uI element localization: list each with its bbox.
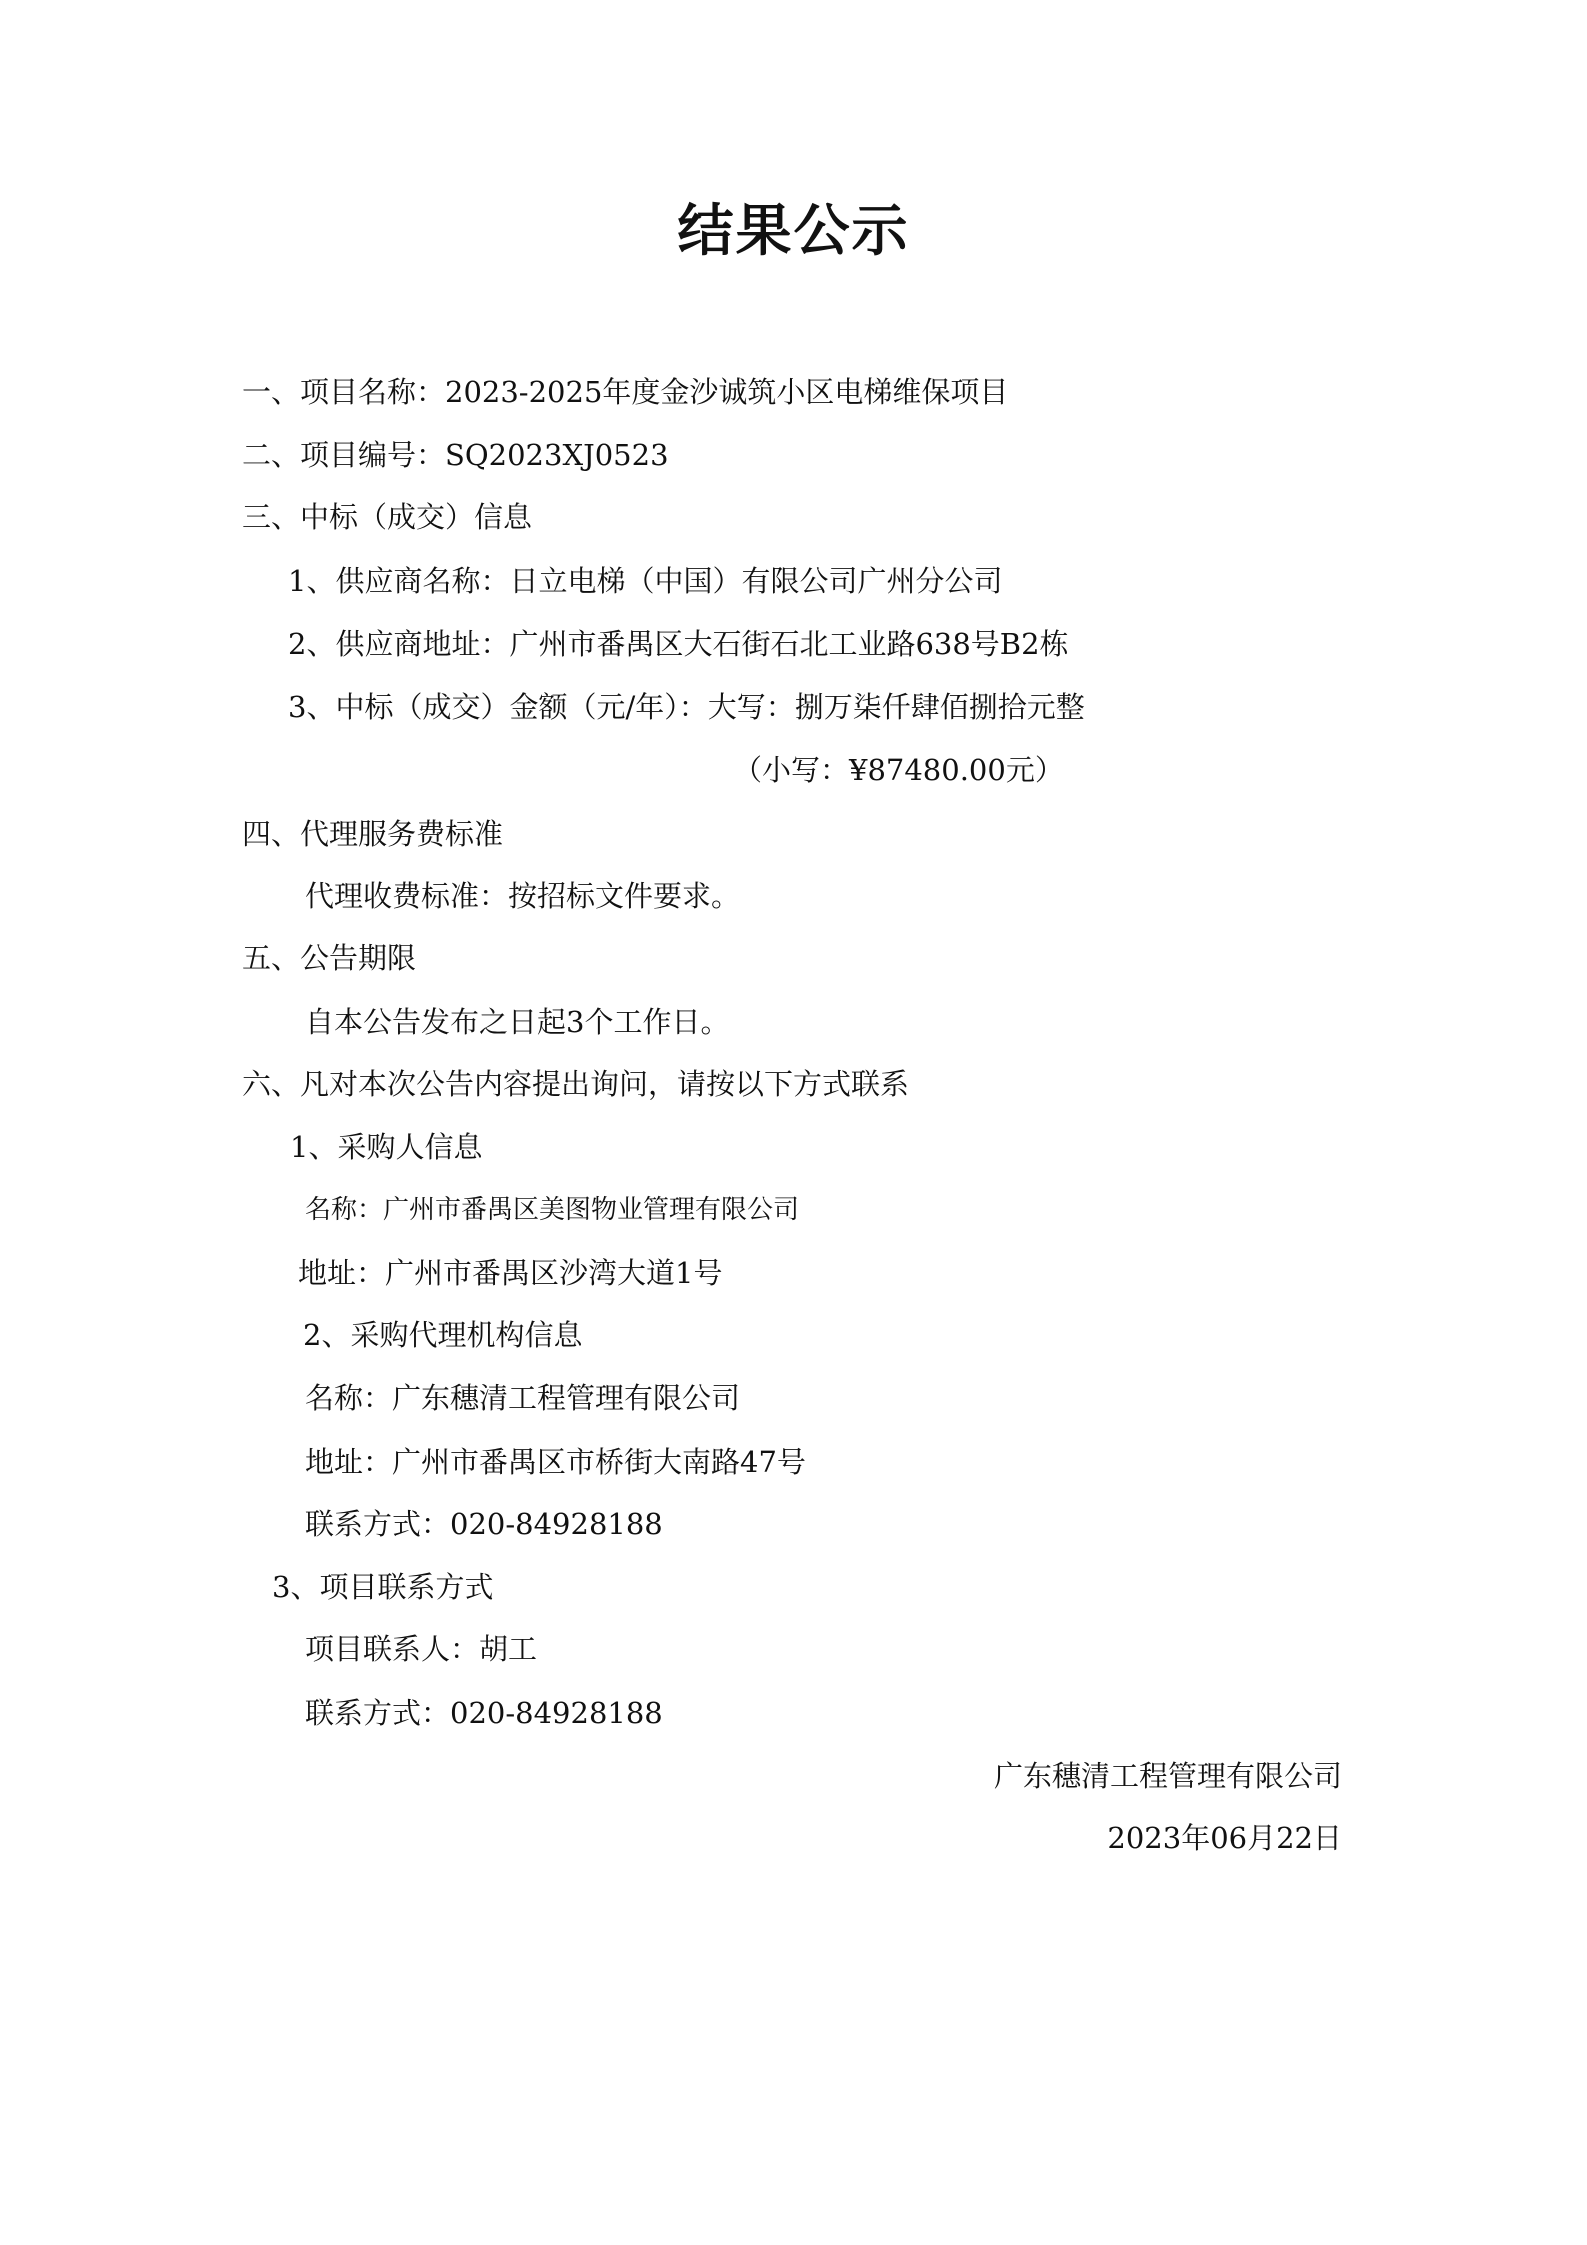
supplier-name: 1、供应商名称：日立电梯（中国）有限公司广州分公司	[288, 561, 1002, 601]
page-title: 结果公示	[0, 196, 1587, 268]
project-name: 一、项目名称：2023-2025年度金沙诚筑小区电梯维保项目	[242, 372, 1008, 412]
award-amount-upper: 3、中标（成交）金额（元/年）：大写：捌万柒仟肆佰捌拾元整	[288, 687, 1085, 727]
notice-period-content: 自本公告发布之日起3个工作日。	[305, 1002, 729, 1042]
supplier-address: 2、供应商地址：广州市番禺区大石街石北工业路638号B2栋	[288, 624, 1069, 664]
award-info-heading: 三、中标（成交）信息	[242, 497, 532, 537]
award-amount-lower: （小写：¥87480.00元）	[733, 750, 1064, 790]
project-contact-phone: 联系方式：020-84928188	[305, 1693, 663, 1733]
agency-heading: 2、采购代理机构信息	[303, 1315, 582, 1355]
project-contact-person: 项目联系人：胡工	[305, 1629, 537, 1669]
agency-address: 地址：广州市番禺区市桥街大南路47号	[305, 1442, 806, 1482]
agency-name: 名称：广东穗清工程管理有限公司	[305, 1378, 740, 1418]
contact-heading: 六、凡对本次公告内容提出询问，请按以下方式联系	[242, 1064, 909, 1104]
project-number: 二、项目编号：SQ2023XJ0523	[242, 435, 669, 475]
agency-fee-heading: 四、代理服务费标准	[242, 814, 503, 854]
project-contact-heading: 3、项目联系方式	[272, 1567, 493, 1607]
agency-fee-content: 代理收费标准：按招标文件要求。	[305, 876, 740, 916]
purchaser-heading: 1、采购人信息	[290, 1127, 482, 1167]
agency-phone: 联系方式：020-84928188	[305, 1504, 663, 1544]
signature-date: 2023年06月22日	[1107, 1818, 1342, 1858]
purchaser-name: 名称：广州市番禺区美图物业管理有限公司	[305, 1190, 799, 1230]
signature-company: 广东穗清工程管理有限公司	[994, 1756, 1342, 1796]
notice-period-heading: 五、公告期限	[242, 938, 416, 978]
purchaser-address: 地址：广州市番禺区沙湾大道1号	[298, 1253, 722, 1293]
